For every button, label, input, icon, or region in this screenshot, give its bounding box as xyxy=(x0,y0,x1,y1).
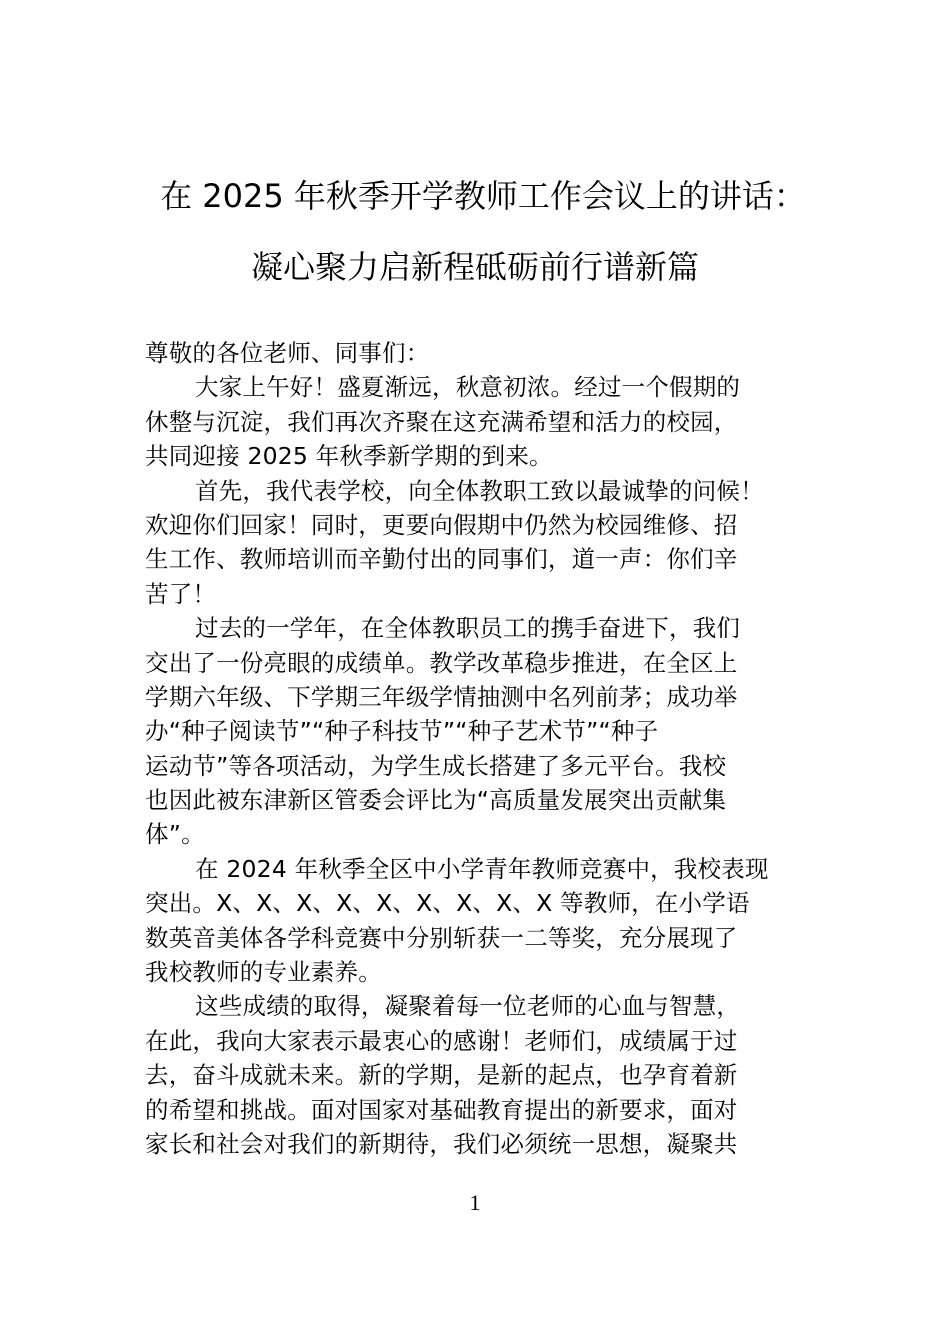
paragraph-line: 在 2024 年秋季全区中小学青年教师竞赛中，我校表现 xyxy=(145,852,835,886)
paragraph-line: 体”。 xyxy=(145,817,835,851)
paragraph-line: 数英音美体各学科竞赛中分别斩获一二等奖，充分展现了 xyxy=(145,921,835,955)
paragraph-line: 休整与沉淀，我们再次齐聚在这充满希望和活力的校园， xyxy=(145,405,835,439)
document-page: 在 2025 年秋季开学教师工作会议上的讲话： 凝心聚力启新程砥砺前行谱新篇 尊… xyxy=(0,0,950,1344)
paragraph-line: 学期六年级、下学期三年级学情抽测中名列前茅；成功举 xyxy=(145,680,835,714)
page-number: 1 xyxy=(0,1190,950,1216)
paragraph-line: 大家上午好！盛夏渐远，秋意初浓。经过一个假期的 xyxy=(145,370,835,404)
paragraph-line: 交出了一份亮眼的成绩单。教学改革稳步推进，在全区上 xyxy=(145,646,835,680)
paragraph-line: 这些成绩的取得，凝聚着每一位老师的心血与智慧， xyxy=(145,989,835,1023)
paragraph-line: 苦了！ xyxy=(145,577,835,611)
document-title-line-1: 在 2025 年秋季开学教师工作会议上的讲话： xyxy=(8,176,950,216)
paragraph-line: 运动节”等各项活动，为学生成长搭建了多元平台。我校 xyxy=(145,749,835,783)
paragraph-2: 首先，我代表学校，向全体教职工致以最诚挚的问候！ 欢迎你们回家！同时，更要向假期… xyxy=(145,474,835,612)
paragraph-line: 首先，我代表学校，向全体教职工致以最诚挚的问候！ xyxy=(145,474,835,508)
document-title-line-2: 凝心聚力启新程砥砺前行谱新篇 xyxy=(0,247,950,287)
paragraph-1: 大家上午好！盛夏渐远，秋意初浓。经过一个假期的 休整与沉淀，我们再次齐聚在这充满… xyxy=(145,370,835,473)
paragraph-line: 去，奋斗成就未来。新的学期，是新的起点，也孕育着新 xyxy=(145,1058,835,1092)
paragraph-line: 欢迎你们回家！同时，更要向假期中仍然为校园维修、招 xyxy=(145,508,835,542)
greeting: 尊敬的各位老师、同事们： xyxy=(145,336,835,370)
paragraph-4: 在 2024 年秋季全区中小学青年教师竞赛中，我校表现 突出。X、X、X、X、X… xyxy=(145,852,835,990)
paragraph-5: 这些成绩的取得，凝聚着每一位老师的心血与智慧， 在此，我向大家表示最衷心的感谢！… xyxy=(145,989,835,1161)
paragraph-line: 过去的一学年，在全体教职员工的携手奋进下，我们 xyxy=(145,611,835,645)
paragraph-line: 在此，我向大家表示最衷心的感谢！老师们，成绩属于过 xyxy=(145,1024,835,1058)
document-body: 尊敬的各位老师、同事们： 大家上午好！盛夏渐远，秋意初浓。经过一个假期的 休整与… xyxy=(145,336,835,1161)
paragraph-line: 家长和社会对我们的新期待，我们必须统一思想，凝聚共 xyxy=(145,1127,835,1161)
paragraph-line: 突出。X、X、X、X、X、X、X、X、X 等教师，在小学语 xyxy=(145,886,835,920)
paragraph-line: 我校教师的专业素养。 xyxy=(145,955,835,989)
paragraph-line: 共同迎接 2025 年秋季新学期的到来。 xyxy=(145,439,835,473)
paragraph-3: 过去的一学年，在全体教职员工的携手奋进下，我们 交出了一份亮眼的成绩单。教学改革… xyxy=(145,611,835,852)
paragraph-line: 生工作、教师培训而辛勤付出的同事们，道一声：你们辛 xyxy=(145,542,835,576)
paragraph-line: 也因此被东津新区管委会评比为“高质量发展突出贡献集 xyxy=(145,783,835,817)
paragraph-line: 办“种子阅读节”“种子科技节”“种子艺术节”“种子 xyxy=(145,714,835,748)
paragraph-line: 的希望和挑战。面对国家对基础教育提出的新要求，面对 xyxy=(145,1093,835,1127)
